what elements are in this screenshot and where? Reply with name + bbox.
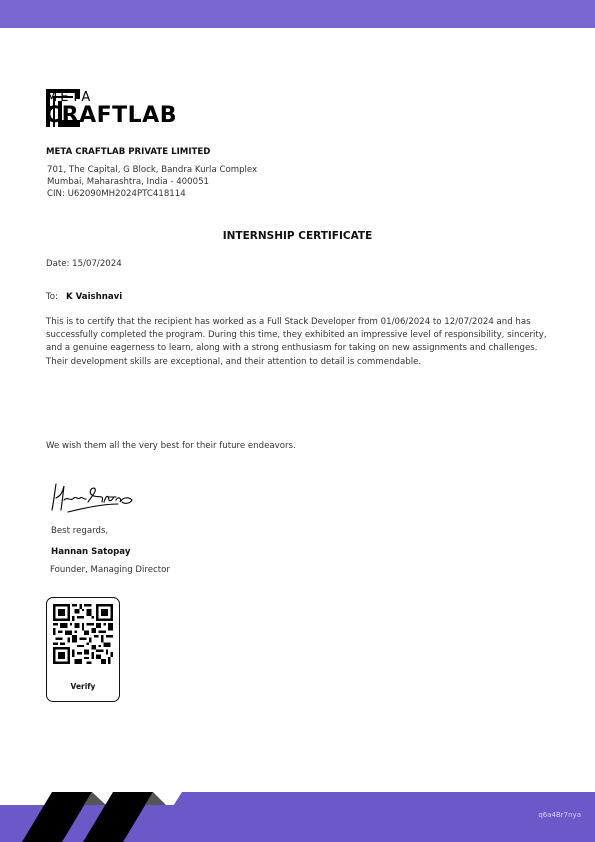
to-label: To:: [46, 292, 58, 302]
recipient-name: K Vaishnavi: [66, 292, 122, 302]
regards-text: Best regards,: [51, 526, 108, 536]
signature-icon: [48, 482, 136, 514]
qr-code-icon[interactable]: [53, 604, 113, 664]
address-line: 701, The Capital, G Block, Bandra Kurla …: [47, 165, 257, 175]
cin-line: CIN: U62090MH2024PTC418114: [47, 189, 186, 199]
verify-card[interactable]: Verify: [46, 597, 120, 702]
verify-label[interactable]: Verify: [47, 682, 119, 691]
address-line: Mumbai, Maharashtra, India - 400051: [47, 177, 209, 187]
signer-role: Founder, Managing Director: [50, 565, 170, 575]
certificate-title: INTERNSHIP CERTIFICATE: [0, 230, 595, 242]
footer-decoration: [0, 785, 595, 842]
closing-wish: We wish them all the very best for their…: [46, 441, 296, 451]
logo-text-craftlab: CRAFTLAB: [45, 103, 177, 128]
verification-code: q6a4Br7nya: [538, 811, 581, 819]
certificate-body: This is to certify that the recipient ha…: [46, 316, 556, 369]
recipient-line: To:K Vaishnavi: [46, 292, 122, 302]
top-accent-bar: [0, 0, 595, 28]
company-name: META CRAFTLAB PRIVATE LIMITED: [46, 147, 210, 157]
signer-name: Hannan Satopay: [51, 547, 130, 557]
certificate-date: Date: 15/07/2024: [46, 259, 122, 269]
